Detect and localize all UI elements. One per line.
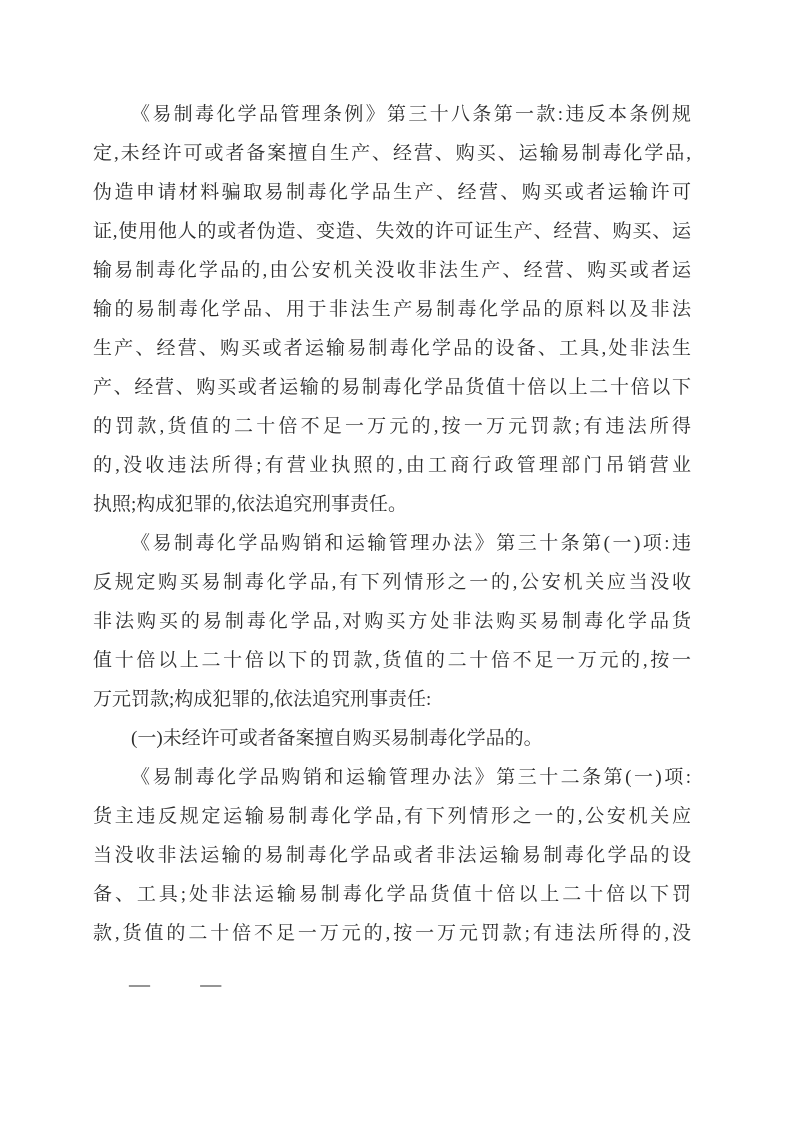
page-footer: — — xyxy=(129,972,221,996)
text-line: 证,使用他人的或者伪造、变造、失效的许可证生产、经营、购买、运 xyxy=(93,212,691,251)
footer-dash-left: — xyxy=(129,972,150,996)
text-line: 输的易制毒化学品、用于非法生产易制毒化学品的原料以及非法 xyxy=(93,290,691,329)
text-line: 执照;构成犯罪的,依法追究刑事责任。 xyxy=(93,485,691,524)
text-line: 输易制毒化学品的,由公安机关没收非法生产、经营、购买或者运 xyxy=(93,251,691,290)
text-line: 当没收非法运输的易制毒化学品或者非法运输易制毒化学品的设 xyxy=(93,836,691,875)
text-line: 款,货值的二十倍不足一万元的,按一万元罚款;有违法所得的,没 xyxy=(93,914,691,953)
text-line: 非法购买的易制毒化学品,对购买方处非法购买易制毒化学品货 xyxy=(93,602,691,641)
text-line: 的,没收违法所得;有营业执照的,由工商行政管理部门吊销营业 xyxy=(93,446,691,485)
text-line: 货主违反规定运输易制毒化学品,有下列情形之一的,公安机关应 xyxy=(93,797,691,836)
document-page: 《易制毒化学品管理条例》第三十八条第一款:违反本条例规定,未经许可或者备案擅自生… xyxy=(0,0,793,1122)
text-line: 伪造申请材料骗取易制毒化学品生产、经营、购买或者运输许可 xyxy=(93,173,691,212)
text-line: 万元罚款;构成犯罪的,依法追究刑事责任: xyxy=(93,680,691,719)
text-line: 定,未经许可或者备案擅自生产、经营、购买、运输易制毒化学品, xyxy=(93,134,691,173)
document-body: 《易制毒化学品管理条例》第三十八条第一款:违反本条例规定,未经许可或者备案擅自生… xyxy=(93,95,691,953)
text-line: 《易制毒化学品管理条例》第三十八条第一款:违反本条例规 xyxy=(93,95,691,134)
footer-dash-right: — xyxy=(200,972,221,996)
text-line: 《易制毒化学品购销和运输管理办法》第三十条第(一)项:违 xyxy=(93,524,691,563)
text-line: 产、经营、购买或者运输的易制毒化学品货值十倍以上二十倍以下 xyxy=(93,368,691,407)
text-line: 反规定购买易制毒化学品,有下列情形之一的,公安机关应当没收 xyxy=(93,563,691,602)
text-line: (一)未经许可或者备案擅自购买易制毒化学品的。 xyxy=(93,719,691,758)
text-line: 备、工具;处非法运输易制毒化学品货值十倍以上二十倍以下罚 xyxy=(93,875,691,914)
text-line: 的罚款,货值的二十倍不足一万元的,按一万元罚款;有违法所得 xyxy=(93,407,691,446)
text-line: 生产、经营、购买或者运输易制毒化学品的设备、工具,处非法生 xyxy=(93,329,691,368)
text-line: 《易制毒化学品购销和运输管理办法》第三十二条第(一)项: xyxy=(93,758,691,797)
text-line: 值十倍以上二十倍以下的罚款,货值的二十倍不足一万元的,按一 xyxy=(93,641,691,680)
